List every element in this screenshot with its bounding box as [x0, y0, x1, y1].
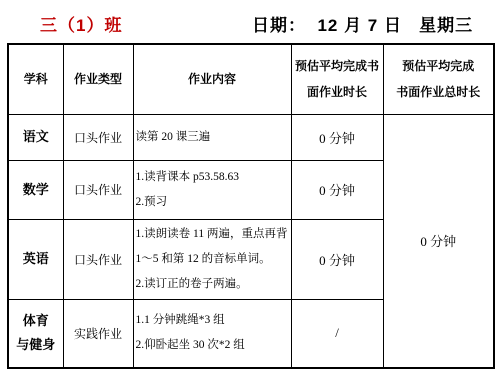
subject-cell: 英语 [8, 219, 63, 299]
date-label: 日期： 12 月 7 日 星期三 [252, 11, 473, 36]
title-bar: 三（1）班 日期： 12 月 7 日 星期三 [0, 0, 500, 43]
class-name: 三（1）班 [40, 11, 122, 36]
header-cell-total-time: 预估平均完成 书面作业总时长 [383, 44, 494, 114]
header-cell-avg-time: 预估平均完成书 面作业时长 [291, 44, 383, 114]
total-time-cell: 0 分钟 [383, 114, 494, 368]
homework-table: 学科 作业类型 作业内容 预估平均完成书 面作业时长 预估平均完成 书面作业总时… [7, 43, 495, 369]
table-row-chinese: 语文 口头作业 读第 20 课三遍 0 分钟 0 分钟 [8, 114, 494, 160]
type-cell: 口头作业 [63, 114, 133, 160]
type-cell: 实践作业 [63, 299, 133, 368]
type-cell: 口头作业 [63, 160, 133, 219]
header-cell-type: 作业类型 [63, 44, 133, 114]
time-cell: 0 分钟 [291, 114, 383, 160]
content-cell: 1.读背课本 p53.58.63 2.预习 [133, 160, 291, 219]
header-cell-subject: 学科 [8, 44, 63, 114]
time-cell: 0 分钟 [291, 160, 383, 219]
content-cell: 读第 20 课三遍 [133, 114, 291, 160]
homework-sheet: 三（1）班 日期： 12 月 7 日 星期三 学科 作业类型 作业内容 预估平均… [0, 0, 500, 371]
time-cell: / [291, 299, 383, 368]
subject-cell: 体育 与健身 [8, 299, 63, 368]
subject-cell: 语文 [8, 114, 63, 160]
content-cell: 1.1 分钟跳绳*3 组 2.仰卧起坐 30 次*2 组 [133, 299, 291, 368]
time-cell: 0 分钟 [291, 219, 383, 299]
subject-cell: 数学 [8, 160, 63, 219]
header-cell-content: 作业内容 [133, 44, 291, 114]
table-header-row: 学科 作业类型 作业内容 预估平均完成书 面作业时长 预估平均完成 书面作业总时… [8, 44, 494, 114]
type-cell: 口头作业 [63, 219, 133, 299]
content-cell: 1.读朗读卷 11 两遍，重点再背 1～5 和第 12 的音标单词。 2.读订正… [133, 219, 291, 299]
